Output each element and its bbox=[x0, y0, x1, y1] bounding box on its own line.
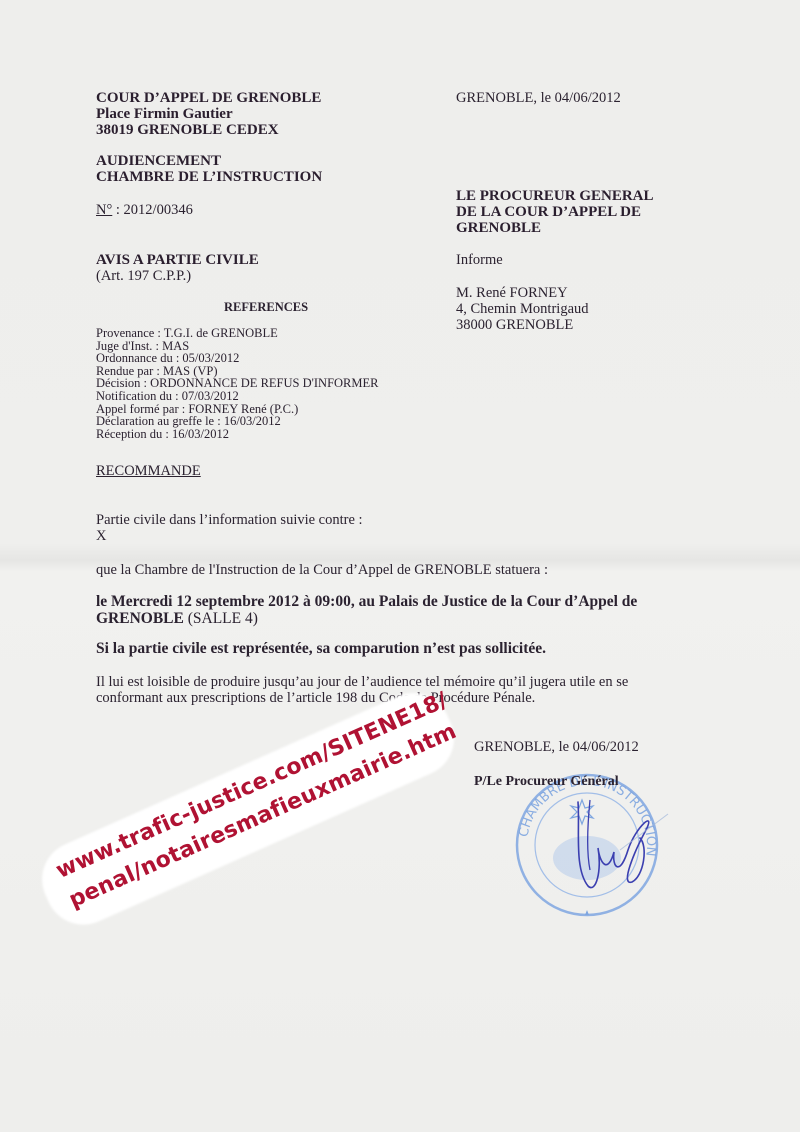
hearing-room: (SALLE 4) bbox=[184, 610, 258, 627]
representation-note: Si la partie civile est représentée, sa … bbox=[96, 640, 546, 657]
notice-title: AVIS A PARTIE CIVILE bbox=[96, 252, 259, 268]
informe-verb: Informe bbox=[456, 252, 503, 268]
header-date: GRENOBLE, le 04/06/2012 bbox=[456, 90, 621, 106]
references-heading: REFERENCES bbox=[224, 300, 308, 315]
case-number-label: N° bbox=[96, 202, 112, 218]
notice-block: AVIS A PARTIE CIVILE (Art. 197 C.P.P.) bbox=[96, 252, 259, 284]
signature-date: GRENOBLE, le 04/06/2012 bbox=[474, 739, 639, 755]
service-line2: CHAMBRE DE L’INSTRUCTION bbox=[96, 169, 322, 185]
party-line: Partie civile dans l’information suivie … bbox=[96, 512, 363, 528]
court-header: COUR D’APPEL DE GRENOBLE Place Firmin Ga… bbox=[96, 90, 321, 138]
court-address-line2: 38019 GRENOBLE CEDEX bbox=[96, 122, 321, 138]
hearing-line1: le Mercredi 12 septembre 2012 à 09:00, a… bbox=[96, 593, 736, 610]
reference-line: Notification du : 07/03/2012 bbox=[96, 390, 378, 403]
court-address-line1: Place Firmin Gautier bbox=[96, 106, 321, 122]
sender-line3: GRENOBLE bbox=[456, 220, 654, 236]
party-against: X bbox=[96, 528, 363, 544]
service-line1: AUDIENCEMENT bbox=[96, 153, 322, 169]
reference-line: Réception du : 16/03/2012 bbox=[96, 428, 378, 441]
references-list: Provenance : T.G.I. de GRENOBLE Juge d'I… bbox=[96, 327, 378, 440]
ruling-intro: que la Chambre de l'Instruction de la Co… bbox=[96, 562, 548, 578]
party-block: Partie civile dans l’information suivie … bbox=[96, 512, 363, 544]
reference-line: Provenance : T.G.I. de GRENOBLE bbox=[96, 327, 378, 340]
signatory: P/Le Procureur Général bbox=[474, 774, 619, 790]
reference-line: Déclaration au greffe le : 16/03/2012 bbox=[96, 415, 378, 428]
recipient-address: M. René FORNEY 4, Chemin Montrigaud 3800… bbox=[456, 285, 589, 333]
mail-type: RECOMMANDE bbox=[96, 463, 201, 479]
watermark: www.trafic-justice.com/SITENE18/ penal/n… bbox=[30, 681, 477, 960]
sender-block: LE PROCUREUR GENERAL DE LA COUR D’APPEL … bbox=[456, 188, 654, 236]
sender-line2: DE LA COUR D’APPEL DE bbox=[456, 204, 654, 220]
handwritten-signature-icon bbox=[560, 790, 670, 900]
recipient-city: 38000 GRENOBLE bbox=[456, 317, 589, 333]
reference-line: Ordonnance du : 05/03/2012 bbox=[96, 352, 378, 365]
hearing-city: GRENOBLE bbox=[96, 610, 184, 627]
recipient-street: 4, Chemin Montrigaud bbox=[456, 301, 589, 317]
case-number-value: : 2012/00346 bbox=[116, 202, 193, 218]
recipient-name: M. René FORNEY bbox=[456, 285, 589, 301]
hearing-details: le Mercredi 12 septembre 2012 à 09:00, a… bbox=[96, 593, 736, 627]
watermark-line2: penal/notairesmafieuxmairie.htm bbox=[65, 719, 460, 913]
case-number: N° : 2012/00346 bbox=[96, 202, 193, 218]
service-header: AUDIENCEMENT CHAMBRE DE L’INSTRUCTION bbox=[96, 153, 322, 185]
court-name: COUR D’APPEL DE GRENOBLE bbox=[96, 90, 321, 106]
sender-line1: LE PROCUREUR GENERAL bbox=[456, 188, 654, 204]
notice-article: (Art. 197 C.P.P.) bbox=[96, 268, 259, 284]
